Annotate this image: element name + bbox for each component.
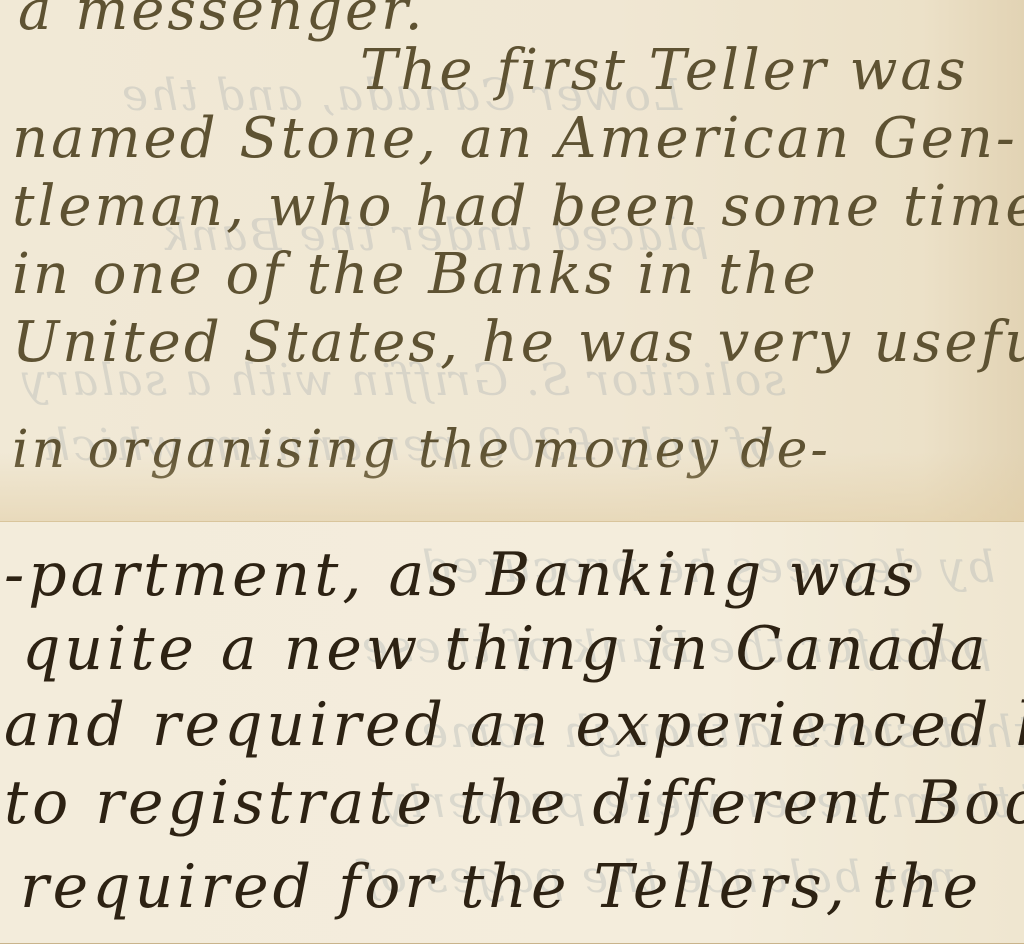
manuscript-line: United States, he was very useful: [12, 310, 1024, 375]
manuscript-line: The first Teller was: [360, 38, 969, 103]
manuscript-line: quite a new thing in Canada: [22, 614, 990, 684]
manuscript-line: tleman, who had been some time: [12, 174, 1024, 239]
manuscript-line: -partment, as Banking was: [4, 540, 918, 610]
lower-page-fragment: by degrees he procured paid for the Bank…: [0, 522, 1024, 944]
manuscript-line: to registrate the different Books: [4, 768, 1024, 838]
manuscript-line: and required an experienced hand: [4, 690, 1024, 760]
manuscript-line: in one of the Banks in the: [12, 242, 819, 307]
manuscript-scan: Lower Canada, and the placed under the B…: [0, 0, 1024, 944]
upper-page-fragment: Lower Canada, and the placed under the B…: [0, 0, 1024, 522]
manuscript-line: named Stone, an American Gen-: [12, 106, 1018, 171]
manuscript-line: in organising the money de-: [12, 420, 831, 480]
manuscript-line: required for the Tellers, the: [20, 852, 982, 922]
manuscript-line: a messenger.: [18, 0, 426, 43]
